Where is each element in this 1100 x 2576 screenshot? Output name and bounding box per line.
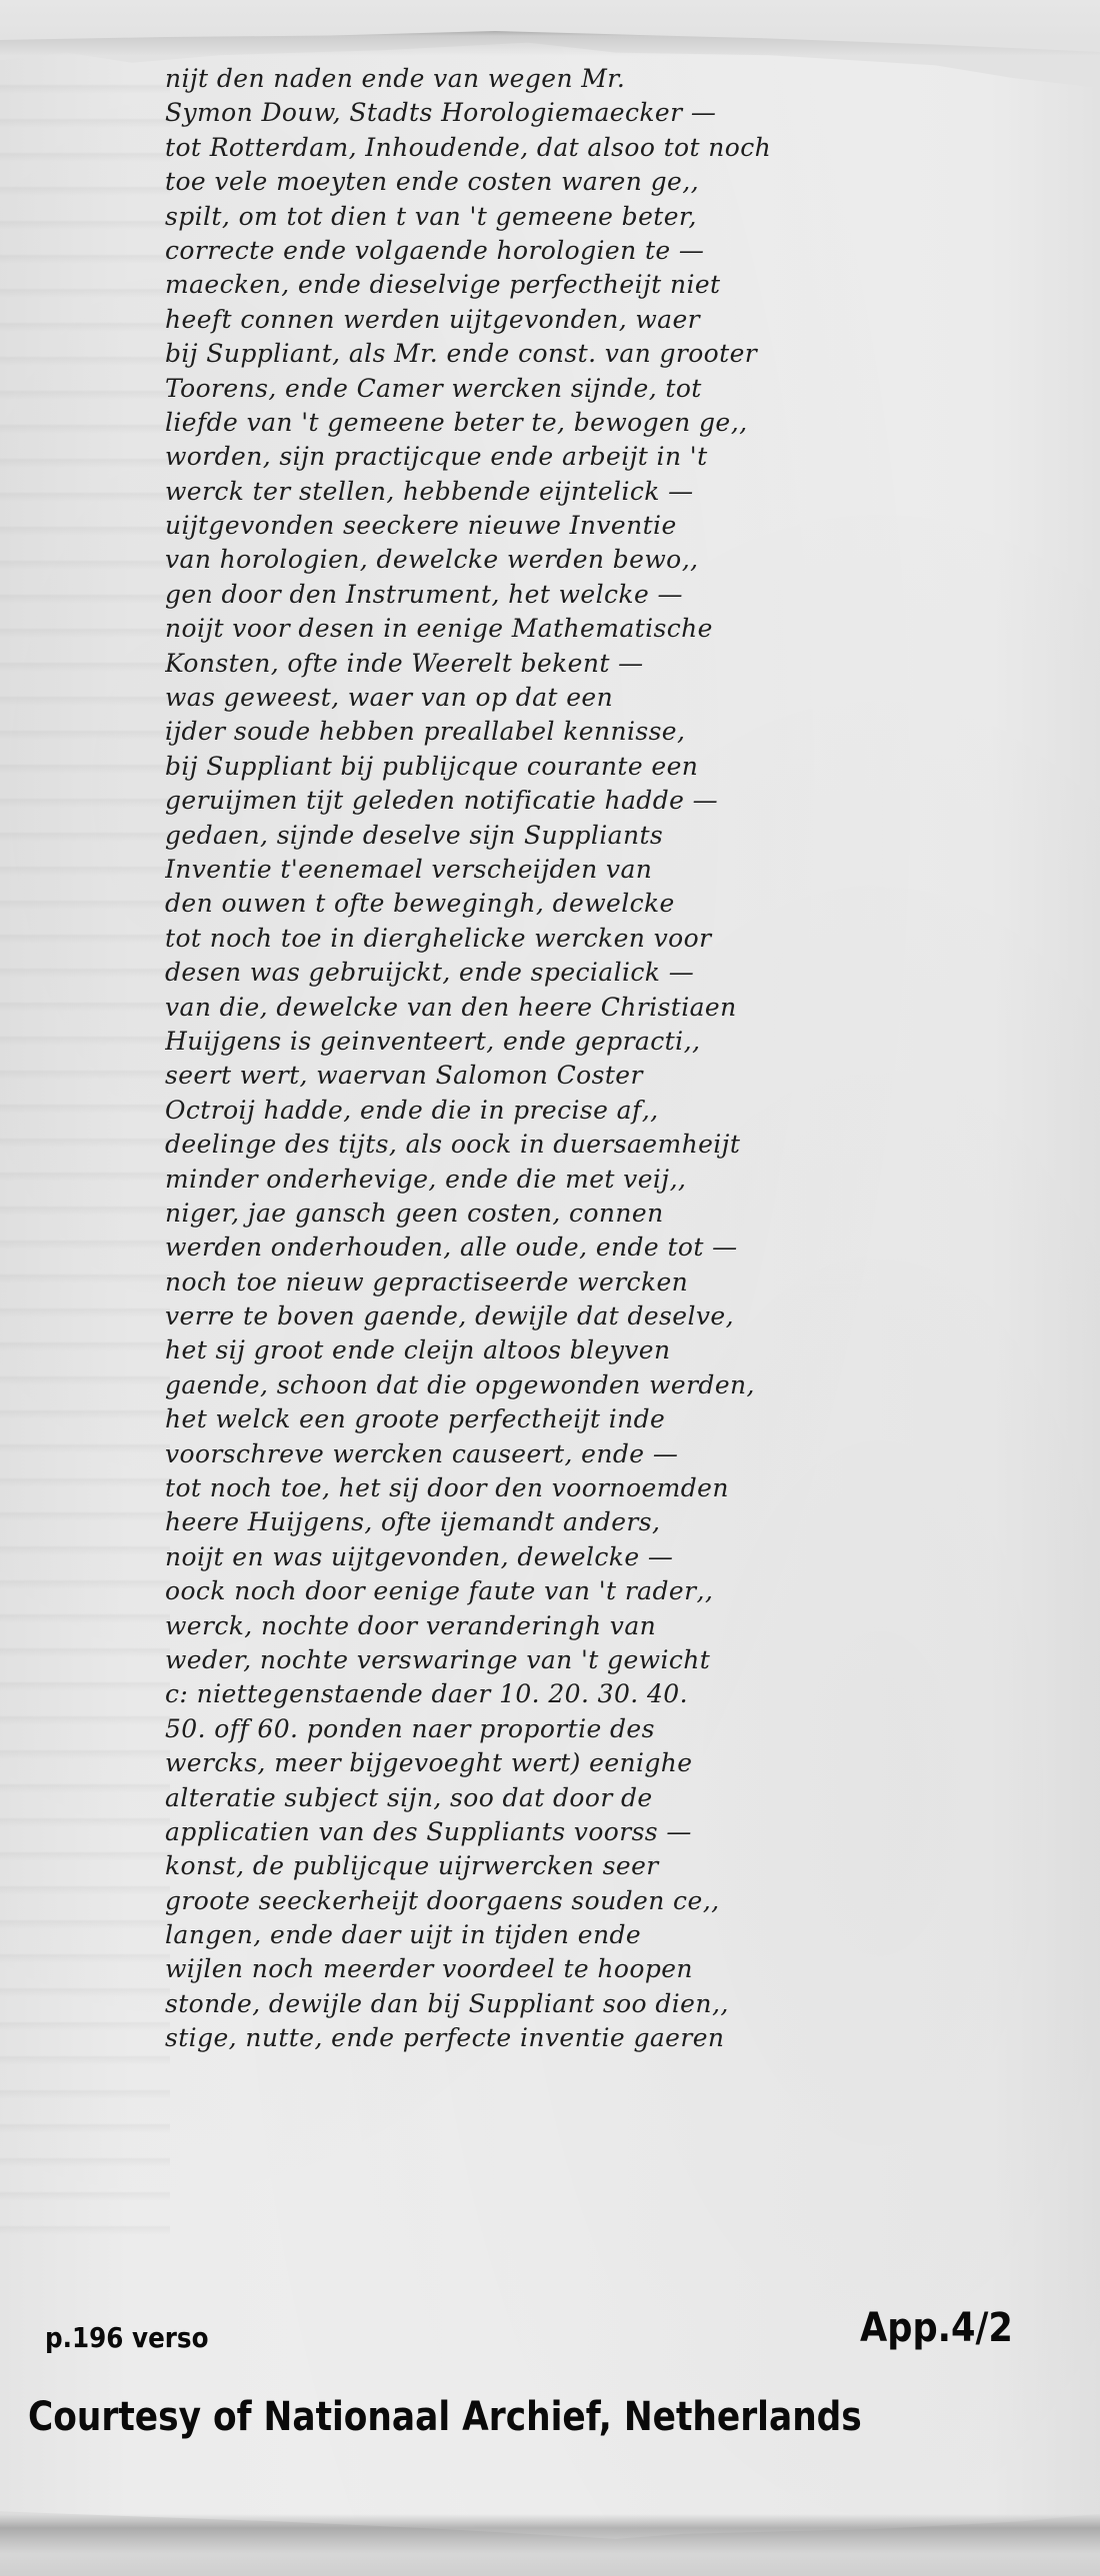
manuscript-line: werck, nochte door veranderingh van bbox=[165, 1609, 1025, 1643]
manuscript-line: applicatien van des Suppliants voorss — bbox=[165, 1815, 1025, 1849]
manuscript-line: wijlen noch meerder voordeel te hoopen bbox=[165, 1952, 1025, 1986]
manuscript-line: 50. off 60. ponden naer proportie des bbox=[165, 1712, 1025, 1746]
manuscript-line: van horologien, dewelcke werden bewo‚‚ bbox=[165, 543, 1025, 577]
handwritten-text-block: nijt den naden ende van wegen Mr.Symon D… bbox=[165, 62, 1025, 2056]
manuscript-line: tot noch toe in dierghelicke wercken voo… bbox=[165, 922, 1025, 956]
manuscript-line: uijtgevonden seeckere nieuwe Inventie bbox=[165, 509, 1025, 543]
manuscript-line: heeft connen werden uijtgevonden, waer bbox=[165, 303, 1025, 337]
manuscript-line: den ouwen t ofte bewegingh, dewelcke bbox=[165, 887, 1025, 921]
manuscript-line: weder, nochte verswaringe van 't gewicht bbox=[165, 1643, 1025, 1677]
manuscript-line: noch toe nieuw gepractiseerde wercken bbox=[165, 1266, 1025, 1299]
manuscript-line: was geweest, waer van op dat een bbox=[165, 681, 1025, 715]
manuscript-line: gen door den Instrument, het welcke — bbox=[165, 578, 1025, 612]
page-reference-label: p.196 verso bbox=[45, 2321, 209, 2354]
manuscript-line: geruijmen tijt geleden notificatie hadde… bbox=[165, 784, 1025, 818]
manuscript-line: correcte ende volgaende horologien te — bbox=[165, 234, 1025, 268]
manuscript-line: nijt den naden ende van wegen Mr. bbox=[165, 62, 1025, 96]
manuscript-line: Octroij hadde, ende die in precise af‚‚ bbox=[165, 1094, 1025, 1128]
manuscript-line: tot noch toe, het sij door den voornoemd… bbox=[165, 1471, 1025, 1505]
bleed-through-margin bbox=[0, 60, 170, 2239]
manuscript-line: Inventie t'eenemael verscheijden van bbox=[165, 853, 1025, 887]
manuscript-line: seert wert, waervan Salomon Coster bbox=[165, 1059, 1025, 1093]
manuscript-line: oock noch door eenige faute van 't rader… bbox=[165, 1574, 1025, 1608]
manuscript-line: werck ter stellen, hebbende eijntelick — bbox=[165, 475, 1025, 509]
manuscript-line: van die, dewelcke van den heere Christia… bbox=[165, 991, 1025, 1025]
appendix-reference-label: App.4/2 bbox=[860, 2305, 1013, 2351]
manuscript-line: Toorens, ende Camer wercken sijnde, tot bbox=[165, 372, 1025, 406]
manuscript-line: gedaen, sijnde deselve sijn Suppliants bbox=[165, 819, 1025, 853]
manuscript-line: Konsten, ofte inde Weerelt bekent — bbox=[165, 647, 1025, 681]
manuscript-line: stige, nutte, ende perfecte inventie gae… bbox=[165, 2021, 1025, 2055]
manuscript-line: verre te boven gaende, dewijle dat desel… bbox=[165, 1299, 1025, 1333]
manuscript-line: het welck een groote perfectheijt inde bbox=[165, 1402, 1025, 1436]
manuscript-line: minder onderhevige, ende die met veij‚‚ bbox=[165, 1163, 1025, 1197]
manuscript-line: werden onderhouden, alle oude, ende tot … bbox=[165, 1231, 1025, 1265]
manuscript-line: Symon Douw, Stadts Horologiemaecker — bbox=[165, 96, 1025, 130]
manuscript-line: niger, jae gansch geen costen, connen bbox=[165, 1197, 1025, 1231]
manuscript-line: desen was gebruijckt, ende specialick — bbox=[165, 956, 1025, 990]
manuscript-line: groote seeckerheijt doorgaens souden ce‚… bbox=[165, 1884, 1025, 1918]
manuscript-line: ijder soude hebben preallabel kennisse, bbox=[165, 715, 1025, 749]
manuscript-line: Huijgens is geinventeert, ende gepracti‚… bbox=[165, 1025, 1025, 1059]
manuscript-line: konst, de publijcque uijrwercken seer bbox=[165, 1849, 1025, 1883]
manuscript-line: wercks, meer bijgevoeght wert) eenighe bbox=[165, 1746, 1025, 1780]
manuscript-line: bij Suppliant, als Mr. ende const. van g… bbox=[165, 337, 1025, 371]
manuscript-line: stonde, dewijle dan bij Suppliant soo di… bbox=[165, 1987, 1025, 2021]
manuscript-line: worden, sijn practijcque ende arbeijt in… bbox=[165, 440, 1025, 474]
manuscript-line: deelinge des tijts, als oock in duersaem… bbox=[165, 1128, 1025, 1162]
manuscript-line: noijt en was uijtgevonden, dewelcke — bbox=[165, 1540, 1025, 1574]
manuscript-line: heere Huijgens, ofte ijemandt anders, bbox=[165, 1505, 1025, 1539]
manuscript-line: voorschreve wercken causeert, ende — bbox=[165, 1437, 1025, 1471]
manuscript-line: noijt voor desen in eenige Mathematische bbox=[165, 612, 1025, 646]
manuscript-line: tot Rotterdam, Inhoudende, dat alsoo tot… bbox=[165, 131, 1025, 165]
torn-bottom-edge bbox=[0, 2514, 1100, 2554]
manuscript-line: gaende, schoon dat die opgewonden werden… bbox=[165, 1368, 1025, 1402]
manuscript-line: liefde van 't gemeene beter te, bewogen … bbox=[165, 406, 1025, 440]
manuscript-line: toe vele moeyten ende costen waren ge‚‚ bbox=[165, 165, 1025, 199]
manuscript-line: bij Suppliant bij publijcque courante ee… bbox=[165, 750, 1025, 784]
manuscript-line: alteratie subject sijn, soo dat door de bbox=[165, 1781, 1025, 1815]
manuscript-line: spilt, om tot dien t van 't gemeene bete… bbox=[165, 200, 1025, 234]
manuscript-line: het sij groot ende cleijn altoos bleyven bbox=[165, 1333, 1025, 1367]
courtesy-credit-line: Courtesy of Nationaal Archief, Netherlan… bbox=[28, 2394, 862, 2440]
manuscript-line: langen, ende daer uijt in tijden ende bbox=[165, 1918, 1025, 1952]
manuscript-line: maecken, ende dieselvige perfectheijt ni… bbox=[165, 268, 1025, 302]
manuscript-line: c: niettegenstaende daer 10. 20. 30. 40. bbox=[165, 1677, 1025, 1711]
